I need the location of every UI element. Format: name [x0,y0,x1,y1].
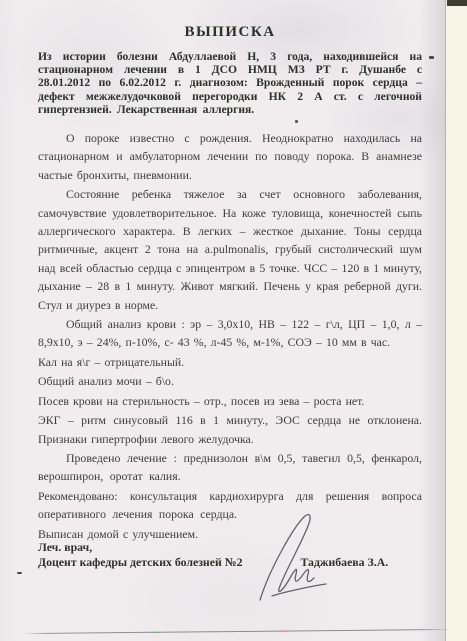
scan-speck [429,56,434,59]
scan-corner-artifact [447,0,467,6]
document-body: ВЫПИСКА Из истории болезни Абдуллаевой Н… [38,24,422,544]
document-paragraph: Посев крови на стерильность – отр., посе… [38,392,422,410]
document-title: ВЫПИСКА [38,24,422,41]
doctor-role-line2: Доцент кафедры детских болезней №2 [38,555,242,570]
document-paragraph: Состояние ребенка тяжелое за счет основн… [38,185,422,314]
document-paragraph: Общий анализ мочи – б\о. [38,372,422,390]
doctor-name: Таджибаева З.А. [300,555,388,570]
document-paragraph: О пороке известно с рождения. Неоднократ… [38,129,422,184]
document-paragraph: Проведено лечение : преднизолон в\м 0,5,… [38,449,422,486]
intro-paragraph: Из истории болезни Абдуллаевой Н, 3 года… [38,50,422,116]
document-paragraph: ЭКГ – ритм синусовый 116 в 1 минуту., ЭО… [38,411,422,448]
scanned-document: ВЫПИСКА Из истории болезни Абдуллаевой Н… [0,0,467,641]
doctor-role-line1: Леч. врач, [38,540,428,555]
scan-speck [17,572,22,574]
document-paragraph: Общий анализ крови : эр – 3,0х10, НВ – 1… [38,315,422,352]
document-paragraph: Рекомендовано: консультация кардиохирург… [38,487,422,524]
signature-block: Леч. врач, Доцент кафедры детских болезн… [38,540,428,570]
document-paragraph: Кал на я\г – отрицательный. [38,353,422,371]
